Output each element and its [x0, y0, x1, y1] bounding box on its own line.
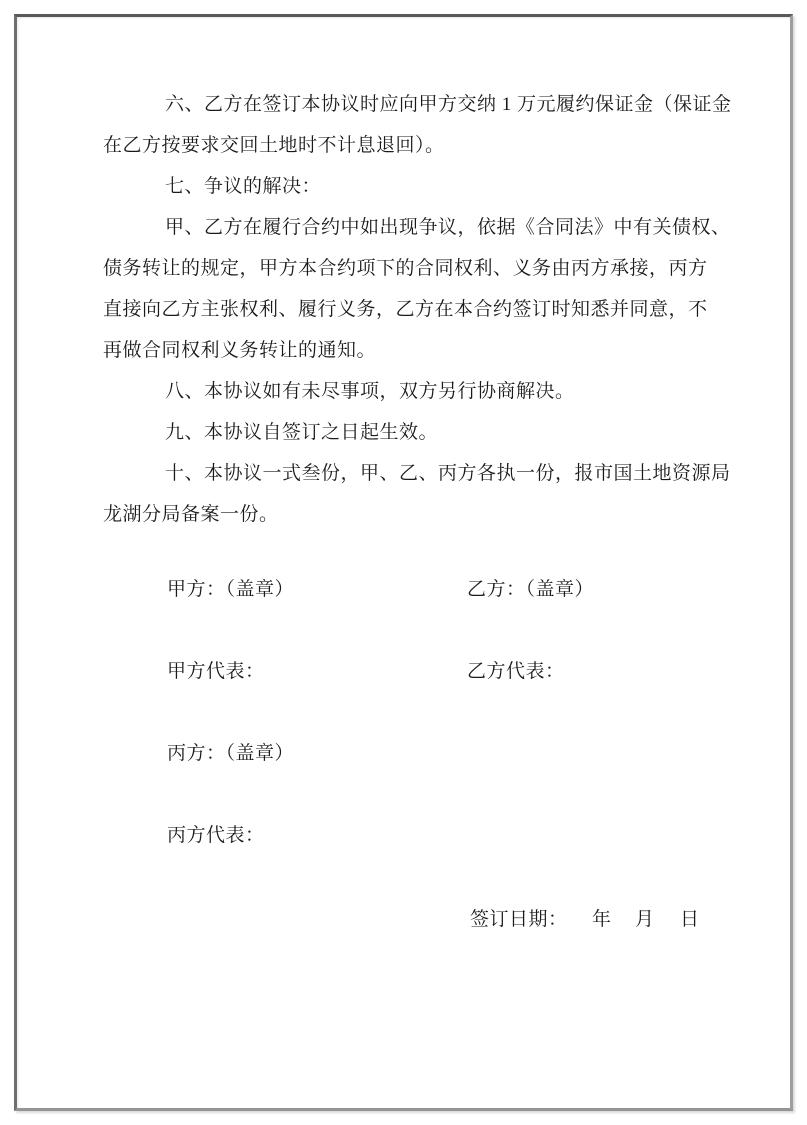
seal-row-c: 丙方：（盖章）: [103, 733, 750, 774]
party-a-representative-label: 甲方代表：: [167, 651, 265, 692]
clause-seven-heading: 七、争议的解决：: [103, 166, 750, 207]
clause-ten-line-1: 十、本协议一式叁份，甲、乙、丙方各执一份，报市国土地资源局: [103, 453, 750, 494]
party-b-seal-label: 乙方：（盖章）: [467, 569, 594, 610]
party-c-representative-label: 丙方代表：: [167, 815, 265, 856]
clause-seven-line-3: 直接向乙方主张权利、履行义务，乙方在本合约签订时知悉并同意，不: [103, 289, 750, 330]
representative-row-ab: 甲方代表： 乙方代表：: [103, 651, 750, 692]
year-label: 年: [592, 899, 612, 940]
party-b-representative-label: 乙方代表：: [467, 651, 565, 692]
clause-seven-line-2: 债务转让的规定，甲方本合约项下的合同权利、义务由丙方承接，丙方: [103, 248, 750, 289]
clause-six-line-2: 在乙方按要求交回土地时不计息退回）。: [103, 125, 750, 166]
signing-date-row: 签订日期： 年 月 日: [103, 899, 750, 940]
clause-seven-line-1: 甲、乙方在履行合约中如出现争议，依据《合同法》中有关债权、: [103, 207, 750, 248]
representative-row-c: 丙方代表：: [103, 815, 750, 856]
signing-date-label: 签订日期：: [470, 899, 568, 940]
party-a-seal-label: 甲方：（盖章）: [167, 569, 294, 610]
clause-ten-line-2: 龙湖分局备案一份。: [103, 494, 750, 535]
scanned-contract-page: 六、乙方在签订本协议时应向甲方交纳 1 万元履约保证金（保证金 在乙方按要求交回…: [0, 0, 807, 1125]
clause-seven-line-4: 再做合同权利义务转让的通知。: [103, 330, 750, 371]
seal-row-ab: 甲方：（盖章） 乙方：（盖章）: [103, 569, 750, 610]
month-label: 月: [635, 899, 655, 940]
clause-nine-line: 九、本协议自签订之日起生效。: [103, 412, 750, 453]
clause-eight-line: 八、本协议如有未尽事项，双方另行协商解决。: [103, 371, 750, 412]
party-c-seal-label: 丙方：（盖章）: [167, 733, 294, 774]
page-border-frame: 六、乙方在签订本协议时应向甲方交纳 1 万元履约保证金（保证金 在乙方按要求交回…: [14, 14, 793, 1111]
day-label: 日: [680, 899, 700, 940]
clause-six-line-1: 六、乙方在签订本协议时应向甲方交纳 1 万元履约保证金（保证金: [103, 84, 750, 125]
contract-body: 六、乙方在签订本协议时应向甲方交纳 1 万元履约保证金（保证金 在乙方按要求交回…: [103, 84, 750, 940]
